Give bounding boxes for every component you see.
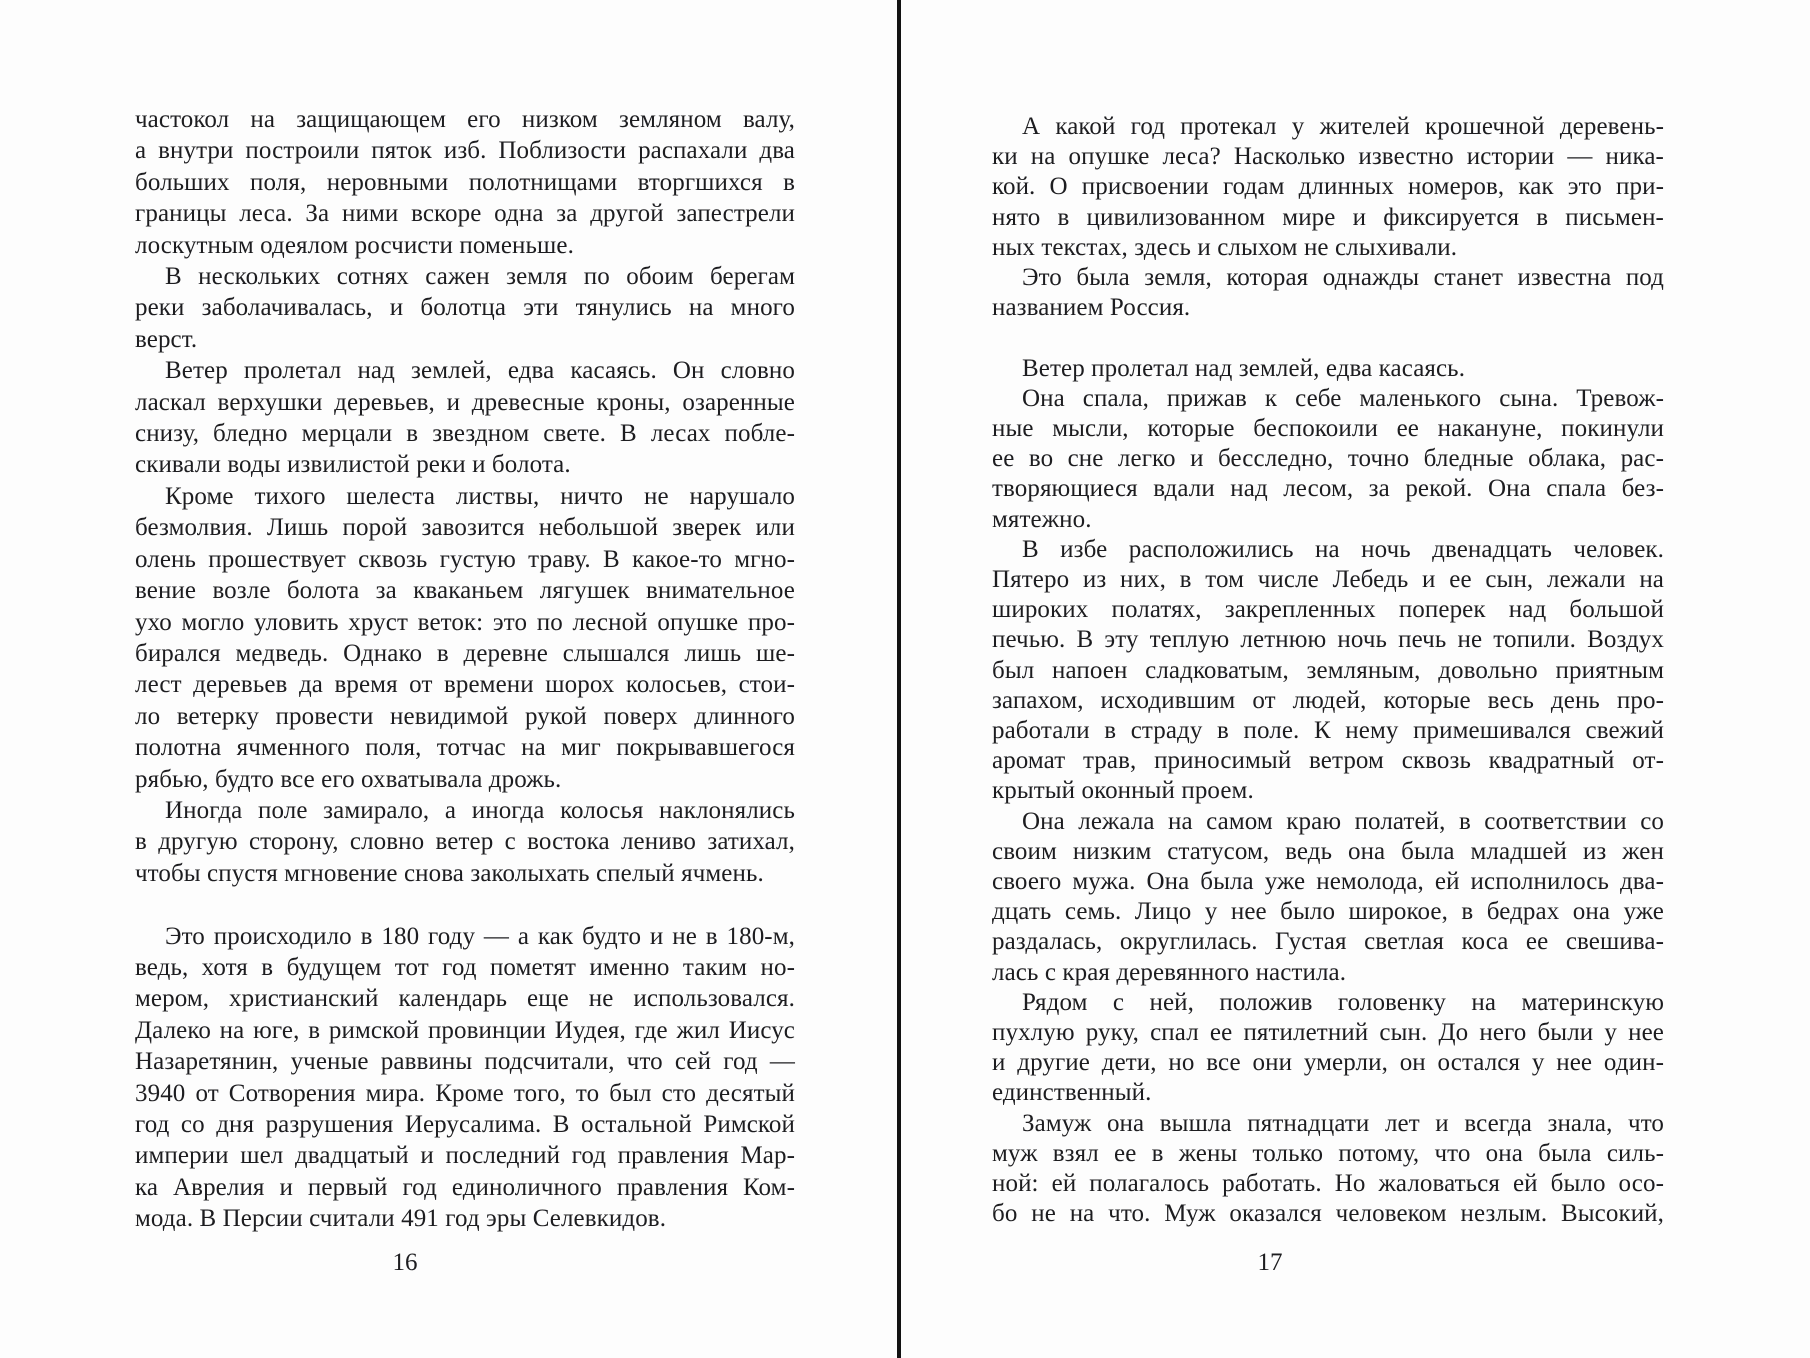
text-line: Далеко на юге, в римской провинции Иудея… <box>135 1015 795 1046</box>
text-line: широких полатях, закрепленных поперек на… <box>992 595 1664 625</box>
text-line: мода. В Персии считали 491 год эры Селев… <box>135 1203 795 1234</box>
text-line: олень прошествует сквозь густую траву. В… <box>135 544 795 575</box>
text-line: лоскутным одеялом росчисти поменьше. <box>135 230 795 261</box>
text-line: бирался медведь. Однако в деревне слышал… <box>135 638 795 669</box>
text-line: полотна ячменного поля, тотчас на миг по… <box>135 732 795 763</box>
text-line: единственный. <box>992 1078 1664 1108</box>
text-line: крытый оконный проем. <box>992 776 1664 806</box>
text-line: названием Россия. <box>992 293 1664 323</box>
text-line: творяющиеся вдали над лесом, за рекой. О… <box>992 474 1664 504</box>
text-line: ка Аврелия и первый год единоличного пра… <box>135 1172 795 1203</box>
text-line: Рядом с ней, положив головенку на матери… <box>992 988 1664 1018</box>
text-line: а внутри построили пяток изб. Поблизости… <box>135 135 795 166</box>
text-line: Она спала, прижав к себе маленького сына… <box>992 384 1664 414</box>
left-page-number: 16 <box>393 1248 418 1278</box>
text-line: запахом, исходившим от людей, которые ве… <box>992 686 1664 716</box>
text-line: рябью, будто все его охватывала дрожь. <box>135 764 795 795</box>
text-line: Кроме тихого шелеста листвы, ничто не на… <box>135 481 795 512</box>
text-line: нято в цивилизованном мире и фиксируется… <box>992 203 1664 233</box>
text-line: был напоен сладковатым, земляным, доволь… <box>992 656 1664 686</box>
text-line: В избе расположились на ночь двенадцать … <box>992 535 1664 565</box>
text-line: год со дня разрушения Иерусалима. В оста… <box>135 1109 795 1140</box>
text-line: чтобы спустя мгновение снова заколыхать … <box>135 858 795 889</box>
text-line: в другую сторону, словно ветер с востока… <box>135 826 795 857</box>
text-line: дцать семь. Лицо у нее было широкое, в б… <box>992 897 1664 927</box>
text-line: ные мысли, которые беспокоили ее наканун… <box>992 414 1664 444</box>
text-line: верст. <box>135 324 795 355</box>
text-line: кой. О присвоении годам длинных номеров,… <box>992 172 1664 202</box>
text-line: пухлую руку, спал ее пятилетний сын. До … <box>992 1018 1664 1048</box>
text-line: аромат трав, приносимый ветром сквозь кв… <box>992 746 1664 776</box>
text-line: ной: ей полагалось работать. Но жаловать… <box>992 1169 1664 1199</box>
text-line: больших поля, неровными полотнищами втор… <box>135 167 795 198</box>
text-line: реки заболачивалась, и болотца эти тянул… <box>135 292 795 323</box>
text-line: Иногда поле замирало, а иногда колосья н… <box>135 795 795 826</box>
text-line: вение возле болота за кваканьем лягушек … <box>135 575 795 606</box>
text-line: ухо могло уловить хруст веток: это по ле… <box>135 607 795 638</box>
text-line: лась с края деревянного настила. <box>992 958 1664 988</box>
text-line: безмолвия. Лишь порой завозится небольшо… <box>135 512 795 543</box>
text-line: муж взял ее в жены только потому, что он… <box>992 1139 1664 1169</box>
text-line: скивали воды извилистой реки и болота. <box>135 449 795 480</box>
text-line: снизу, бледно мерцали в звездном свете. … <box>135 418 795 449</box>
text-line: печью. В эту теплую летнюю ночь печь не … <box>992 625 1664 655</box>
right-page: А какой год протекал у жителей крошечной… <box>902 0 1810 1358</box>
text-line: Ветер пролетал над землей, едва касаясь.… <box>135 355 795 386</box>
text-line: раздалась, округлилась. Густая светлая к… <box>992 927 1664 957</box>
text-line: Это происходило в 180 году — а как будто… <box>135 921 795 952</box>
blank-line <box>135 889 795 920</box>
text-line: частокол на защищающем его низком землян… <box>135 104 795 135</box>
right-page-number: 17 <box>1258 1248 1283 1278</box>
text-line: ласкал верхушки деревьев, и древесные кр… <box>135 387 795 418</box>
page-divider <box>897 0 901 1358</box>
text-line: Назаретянин, ученые раввины подсчитали, … <box>135 1046 795 1077</box>
text-line: А какой год протекал у жителей крошечной… <box>992 112 1664 142</box>
text-line: империи шел двадцатый и последний год пр… <box>135 1140 795 1171</box>
text-line: ки на опушке леса? Насколько известно ис… <box>992 142 1664 172</box>
text-line: своего мужа. Она была уже немолода, ей и… <box>992 867 1664 897</box>
text-line: Пятеро из них, в том числе Лебедь и ее с… <box>992 565 1664 595</box>
text-line: ло ветерку провести невидимой рукой пове… <box>135 701 795 732</box>
text-line: мятежно. <box>992 505 1664 535</box>
text-line: работали в страду в поле. К нему примеши… <box>992 716 1664 746</box>
blank-line <box>992 323 1664 353</box>
text-line: В нескольких сотнях сажен земля по обоим… <box>135 261 795 292</box>
left-page: частокол на защищающем его низком землян… <box>0 0 898 1358</box>
text-line: границы леса. За ними вскоре одна за дру… <box>135 198 795 229</box>
text-line: Замуж она вышла пятнадцати лет и всегда … <box>992 1109 1664 1139</box>
text-line: мером, христианский календарь еще не исп… <box>135 983 795 1014</box>
text-line: и другие дети, но все они умерли, он ост… <box>992 1048 1664 1078</box>
text-line: Ветер пролетал над землей, едва касаясь. <box>992 354 1664 384</box>
right-page-text: А какой год протекал у жителей крошечной… <box>992 112 1664 1230</box>
text-line: ведь, хотя в будущем тот год пометят име… <box>135 952 795 983</box>
text-line: ее во сне легко и бесследно, точно бледн… <box>992 444 1664 474</box>
text-line: 3940 от Сотворения мира. Кроме того, то … <box>135 1078 795 1109</box>
text-line: своим низким статусом, ведь она была мла… <box>992 837 1664 867</box>
text-line: ных текстах, здесь и слыхом не слыхивали… <box>992 233 1664 263</box>
text-line: Это была земля, которая однажды станет и… <box>992 263 1664 293</box>
text-line: Она лежала на самом краю полатей, в соот… <box>992 807 1664 837</box>
text-line: бо не на что. Муж оказался человеком нез… <box>992 1199 1664 1229</box>
text-line: лест деревьев да время от времени шорох … <box>135 669 795 700</box>
left-page-text: частокол на защищающем его низком землян… <box>135 104 795 1235</box>
